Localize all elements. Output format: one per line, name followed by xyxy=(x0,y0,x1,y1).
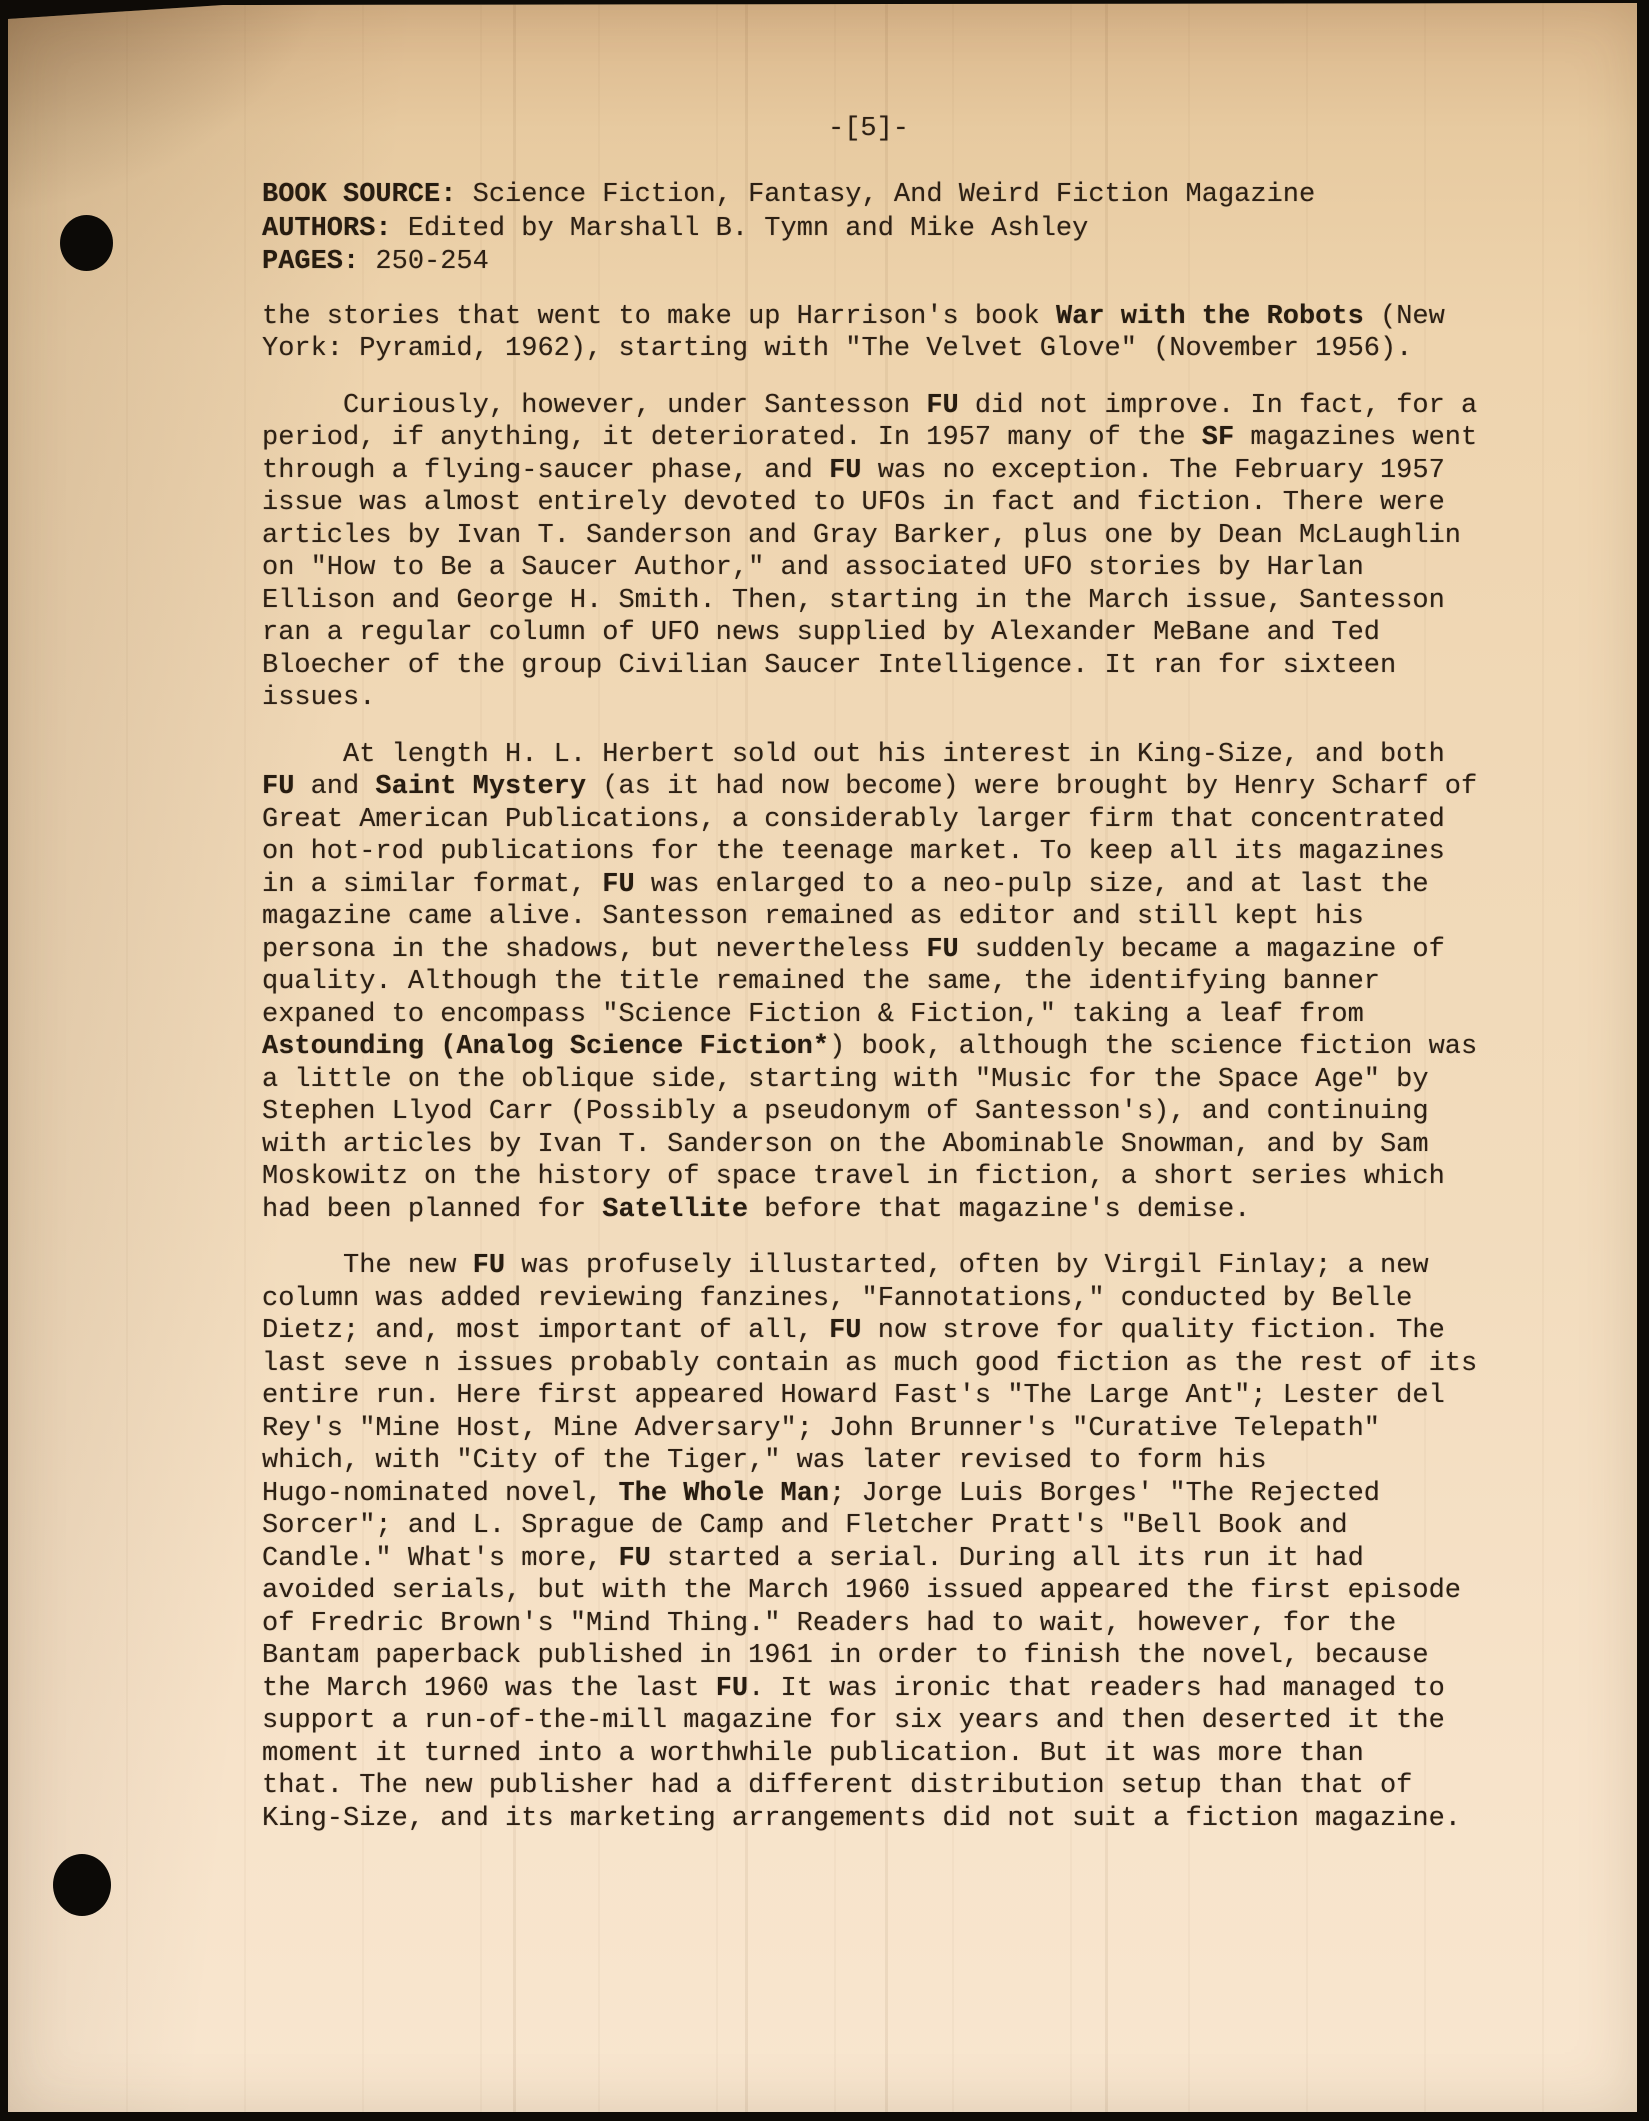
text-line: Bantam paperback published in 1961 in or… xyxy=(262,1640,1522,1673)
text-line: entire run. Here first appeared Howard F… xyxy=(262,1380,1522,1413)
text-line: support a run-of-the-mill magazine for s… xyxy=(262,1705,1522,1738)
text-line: of Fredric Brown's "Mind Thing." Readers… xyxy=(262,1608,1522,1641)
text-line: Curiously, however, under Santesson FU d… xyxy=(262,390,1522,423)
text-line: which, with "City of the Tiger," was lat… xyxy=(262,1445,1522,1478)
text-line: period, if anything, it deteriorated. In… xyxy=(262,422,1522,455)
text-line: last seve n issues probably contain as m… xyxy=(262,1348,1522,1381)
text-line: had been planned for Satellite before th… xyxy=(262,1194,1522,1227)
text-line: the stories that went to make up Harriso… xyxy=(262,301,1522,334)
text-line: persona in the shadows, but nevertheless… xyxy=(262,934,1522,967)
text-line: King-Size, and its marketing arrangement… xyxy=(262,1803,1522,1836)
text-line: PAGES: 250-254 xyxy=(262,246,1522,280)
text-line: York: Pyramid, 1962), starting with "The… xyxy=(262,333,1522,366)
text-line: BOOK SOURCE: Science Fiction, Fantasy, A… xyxy=(262,179,1522,213)
text-line: magazine came alive. Santesson remained … xyxy=(262,901,1522,934)
text-line: Dietz; and, most important of all, FU no… xyxy=(262,1315,1522,1348)
paragraph: The new FU was profusely illustarted, of… xyxy=(262,1250,1522,1835)
text-line: avoided serials, but with the March 1960… xyxy=(262,1575,1522,1608)
paragraph: the stories that went to make up Harriso… xyxy=(262,301,1522,366)
text-line: quality. Although the title remained the… xyxy=(262,966,1522,999)
text-line: through a flying-saucer phase, and FU wa… xyxy=(262,455,1522,488)
text-line: expaned to encompass "Science Fiction & … xyxy=(262,999,1522,1032)
document-body: the stories that went to make up Harriso… xyxy=(262,301,1522,1836)
text-line: At length H. L. Herbert sold out his int… xyxy=(262,739,1522,772)
text-line: FU and Saint Mystery (as it had now beco… xyxy=(262,771,1522,804)
text-line: on hot-rod publications for the teenage … xyxy=(262,836,1522,869)
punch-hole-top xyxy=(60,215,113,271)
text-line: Rey's "Mine Host, Mine Adversary"; John … xyxy=(262,1413,1522,1446)
text-line: Great American Publications, a considera… xyxy=(262,804,1522,837)
text-line: the March 1960 was the last FU. It was i… xyxy=(262,1673,1522,1706)
text-line: articles by Ivan T. Sanderson and Gray B… xyxy=(262,520,1522,553)
paragraph: Curiously, however, under Santesson FU d… xyxy=(262,390,1522,715)
page-number: -[5]- xyxy=(828,113,1522,146)
text-line: issues. xyxy=(262,682,1522,715)
text-line: column was added reviewing fanzines, "Fa… xyxy=(262,1283,1522,1316)
text-line: ran a regular column of UFO news supplie… xyxy=(262,617,1522,650)
text-line: Sorcer"; and L. Sprague de Camp and Flet… xyxy=(262,1510,1522,1543)
text-line: issue was almost entirely devoted to UFO… xyxy=(262,487,1522,520)
text-line: Hugo-nominated novel, The Whole Man; Jor… xyxy=(262,1478,1522,1511)
text-line: Candle." What's more, FU started a seria… xyxy=(262,1543,1522,1576)
text-line: AUTHORS: Edited by Marshall B. Tymn and … xyxy=(262,213,1522,247)
text-line: Ellison and George H. Smith. Then, start… xyxy=(262,585,1522,618)
text-line: The new FU was profusely illustarted, of… xyxy=(262,1250,1522,1283)
paragraph: At length H. L. Herbert sold out his int… xyxy=(262,739,1522,1227)
text-line: that. The new publisher had a different … xyxy=(262,1770,1522,1803)
text-line: Bloecher of the group Civilian Saucer In… xyxy=(262,650,1522,683)
scanned-page: -[5]- BOOK SOURCE: Science Fiction, Fant… xyxy=(8,3,1637,2112)
text-line: Astounding (Analog Science Fiction*) boo… xyxy=(262,1031,1522,1064)
text-line: Moskowitz on the history of space travel… xyxy=(262,1161,1522,1194)
typewritten-content: -[5]- BOOK SOURCE: Science Fiction, Fant… xyxy=(262,113,1522,1835)
text-line: on "How to Be a Saucer Author," and asso… xyxy=(262,552,1522,585)
text-line: with articles by Ivan T. Sanderson on th… xyxy=(262,1129,1522,1162)
punch-hole-bottom xyxy=(53,1854,111,1916)
text-line: in a similar format, FU was enlarged to … xyxy=(262,869,1522,902)
text-line: a little on the oblique side, starting w… xyxy=(262,1064,1522,1097)
document-meta: BOOK SOURCE: Science Fiction, Fantasy, A… xyxy=(262,179,1522,280)
text-line: moment it turned into a worthwhile publi… xyxy=(262,1738,1522,1771)
text-line: Stephen Llyod Carr (Possibly a pseudonym… xyxy=(262,1096,1522,1129)
